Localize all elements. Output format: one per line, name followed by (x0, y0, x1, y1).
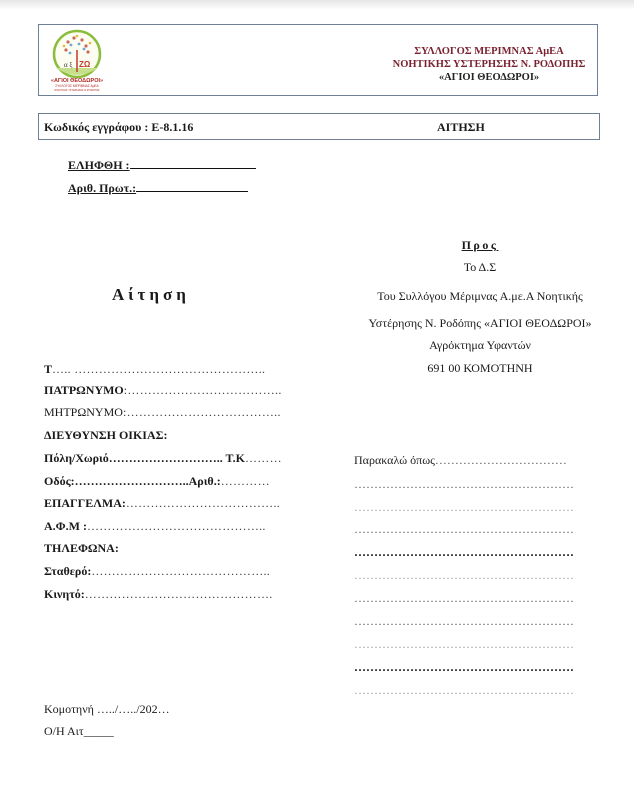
recipient-line: 691 00 ΚΟΜΟΤΗΝΗ (340, 361, 620, 376)
request-intro-label: Παρακαλώ όπως (354, 453, 435, 467)
request-line[interactable]: …………………………………………………… (354, 591, 574, 606)
field-label: Σταθερό: (44, 564, 91, 578)
received-label: ΕΛΗΦΘΗ : (68, 158, 130, 172)
field-label: ΔΙΕΥΘΥΝΣΗ ΟΙΚΙΑΣ: (44, 428, 167, 442)
recipient-line: Το Δ.Σ (340, 260, 620, 275)
org-line-2: ΝΟΗΤΙΚΗΣ ΥΣΤΕΡΗΣΗΣ Ν. ΡΟΔΟΠΗΣ (379, 58, 599, 71)
form-field[interactable]: ΔΙΕΥΘΥΝΣΗ ΟΙΚΙΑΣ: (44, 428, 294, 443)
svg-text:α ξ: α ξ (64, 61, 73, 69)
field-dots[interactable]: :……………………………….. (123, 405, 281, 419)
form-field[interactable]: Οδός:………………………..Αριθ.:………… (44, 474, 294, 489)
recipient-line: Υστέρησης Ν. Ροδόπης «ΑΓΙΟΙ ΘΕΟΔΩΡΟΙ» (340, 316, 620, 331)
field-label: Α.Φ.Μ : (44, 519, 87, 533)
request-line[interactable]: …………………………………………………… (354, 500, 574, 515)
organization-name: ΣΥΛΛΟΓΟΣ ΜΕΡΙΜΝΑΣ ΑμΕΑ ΝΟΗΤΙΚΗΣ ΥΣΤΕΡΗΣΗ… (379, 45, 599, 84)
field-label: ΤΗΛΕΦΩΝΑ: (44, 541, 119, 555)
svg-text:ΣΥΛΛΟΓΟΣ ΜΕΡΙΜΝΑΣ ΑμΕΑ: ΣΥΛΛΟΓΟΣ ΜΕΡΙΜΝΑΣ ΑμΕΑ (55, 84, 99, 88)
request-line[interactable]: …………………………………………………… (354, 522, 574, 537)
field-dots[interactable]: …………………………………….. (91, 564, 270, 578)
request-line[interactable]: …………………………………………………… (354, 637, 574, 652)
recipient-line: Του Συλλόγου Μέριμνας Α.με.Α Νοητικής (340, 289, 620, 304)
field-label: Πόλη/Χωριό……………………….. Τ.Κ (44, 451, 245, 465)
protocol-line[interactable] (136, 180, 248, 192)
request-line[interactable]: …………………………………………………… (354, 477, 574, 492)
field-label: Τ (44, 362, 52, 376)
protocol-number-field[interactable]: Αριθ. Πρωτ.: (68, 180, 248, 196)
recipient-line: Αγρόκτημα Υφαντών (340, 338, 620, 353)
field-dots[interactable]: ………… (221, 474, 270, 488)
request-line[interactable]: …………………………………………………… (354, 683, 574, 698)
request-intro[interactable]: Παρακαλώ όπως…………………………… (354, 453, 574, 468)
field-label: ΠΑΤΡΩΝΥΜΟ (44, 383, 124, 397)
form-field[interactable]: Τ….. ……………………………………….. (44, 362, 294, 377)
document-code: Κωδικός εγγράφου : Ε-8.1.16 (44, 120, 193, 135)
document-type: ΑΙΤΗΣΗ (437, 120, 485, 135)
protocol-label: Αριθ. Πρωτ.: (68, 181, 136, 195)
main-title: Αίτηση (112, 285, 190, 305)
field-dots[interactable]: …………………………………….. (87, 519, 266, 533)
request-intro-dots: …………………………… (435, 453, 567, 467)
field-label: ΜΗΤΡΩΝΥΜΟ (44, 405, 123, 419)
field-label: ΕΠΑΓΓΕΛΜΑ: (44, 496, 126, 510)
header-box: α ξ ΖΩ «ΑΓΙΟΙ ΘΕΟΔΩΡΟΙ» ΣΥΛΛΟΓΟΣ ΜΕΡΙΜΝΑ… (38, 24, 598, 96)
place-date[interactable]: Κομοτηνή …../…../202… (44, 702, 170, 717)
svg-text:ΖΩ: ΖΩ (79, 60, 91, 69)
form-field[interactable]: Κινητό:………………………………………. (44, 587, 294, 602)
form-field[interactable]: ΠΑΤΡΩΝΥΜΟ:……………………………….. (44, 383, 294, 398)
form-field[interactable]: ΕΠΑΓΓΕΛΜΑ:……………………………….. (44, 496, 294, 511)
svg-text:ΝΟΗΤΙΚΗΣ ΥΣΤΕΡΗΣΗΣ Ν.ΡΟΔΟΠΗΣ: ΝΟΗΤΙΚΗΣ ΥΣΤΕΡΗΣΗΣ Ν.ΡΟΔΟΠΗΣ (54, 88, 100, 92)
recipient-heading: Προς (340, 238, 620, 253)
form-field[interactable]: ΜΗΤΡΩΝΥΜΟ:……………………………….. (44, 405, 294, 420)
field-dots[interactable]: ….. ……………………………………….. (52, 362, 265, 376)
tree-logo-icon: α ξ ΖΩ «ΑΓΙΟΙ ΘΕΟΔΩΡΟΙ» ΣΥΛΛΟΓΟΣ ΜΕΡΙΜΝΑ… (44, 28, 110, 92)
field-dots[interactable]: :……………………………….. (124, 383, 282, 397)
request-line[interactable]: …………………………………………………… (354, 568, 574, 583)
field-label: Κινητό: (44, 587, 85, 601)
form-field[interactable]: Α.Φ.Μ :…………………………………….. (44, 519, 294, 534)
received-field[interactable]: ΕΛΗΦΘΗ : (68, 157, 256, 173)
request-line[interactable]: …………………………………………………… (354, 545, 574, 560)
request-line[interactable]: …………………………………………………… (354, 614, 574, 629)
field-dots[interactable]: ……………………………….. (126, 496, 280, 510)
top-shade (0, 0, 634, 10)
org-line-3: «ΑΓΙΟΙ ΘΕΟΔΩΡΟΙ» (379, 71, 599, 84)
field-dots[interactable]: ……… (245, 451, 282, 465)
org-line-1: ΣΥΛΛΟΓΟΣ ΜΕΡΙΜΝΑΣ ΑμΕΑ (379, 45, 599, 58)
request-line[interactable]: …………………………………………………… (354, 660, 574, 675)
form-field[interactable]: Πόλη/Χωριό……………………….. Τ.Κ……… (44, 451, 294, 466)
form-field[interactable]: ΤΗΛΕΦΩΝΑ: (44, 541, 294, 556)
form-field[interactable]: Σταθερό:…………………………………….. (44, 564, 294, 579)
signature-line[interactable]: Ο/Η Αιτ_____ (44, 724, 114, 739)
received-line[interactable] (130, 157, 256, 169)
document-code-box: Κωδικός εγγράφου : Ε-8.1.16 ΑΙΤΗΣΗ (38, 113, 600, 140)
field-dots[interactable]: ………………………………………. (85, 587, 273, 601)
field-label: Οδός:………………………..Αριθ.: (44, 474, 221, 488)
